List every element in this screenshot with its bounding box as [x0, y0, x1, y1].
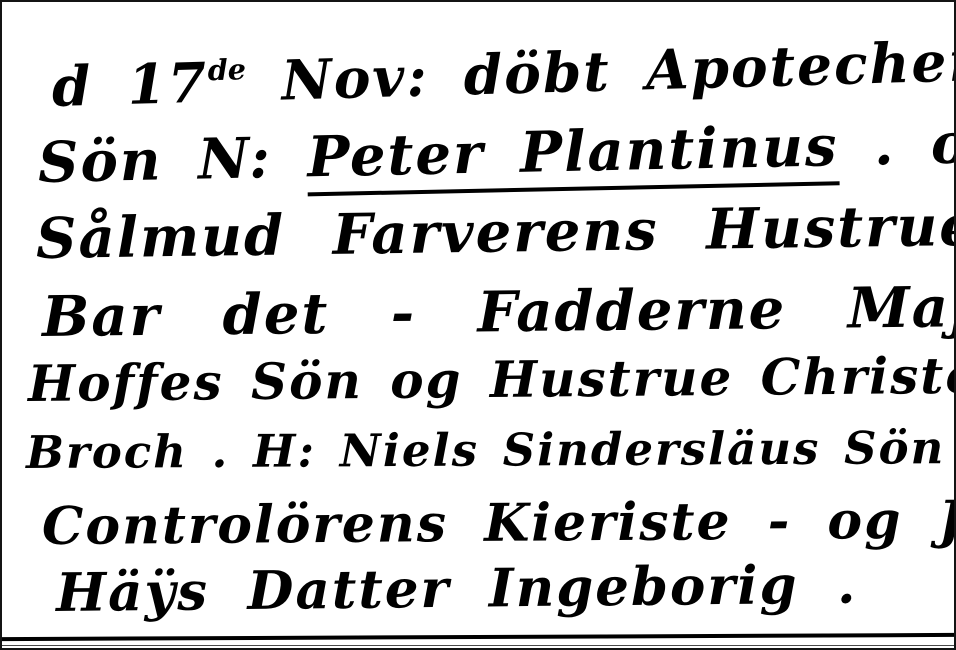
- line1-text: d 17: [51, 50, 209, 119]
- manuscript-line-2: Sön N: Peter Plantinus . og: [37, 110, 956, 196]
- manuscript-line-1: d 17de Nov: döbt Apotecherens: [51, 25, 956, 119]
- manuscript-page: d 17de Nov: döbt Apotecherens Sön N: Pet…: [0, 0, 956, 650]
- manuscript-line-4: Bar det - Fadderne Major: [42, 274, 956, 350]
- line1-superscript-ordinal: de: [207, 52, 246, 87]
- line6-text: Broch . H: Niels Sindersläus Sön Rasmus: [26, 420, 956, 479]
- line8-text: Häÿs Datter Ingeborig .: [56, 554, 858, 624]
- line5-text: Hoffes Sön og Hustrue Christopher: [28, 344, 956, 413]
- line7-text: Controlörens Kieriste - og Jens: [42, 489, 956, 557]
- manuscript-line-7: Controlörens Kieriste - og Jens: [42, 489, 956, 557]
- line3-text: Sålmud Farverens Hustrue: [36, 193, 956, 272]
- scan-edge-line: [2, 645, 956, 646]
- manuscript-line-5: Hoffes Sön og Hustrue Christopher: [28, 344, 956, 413]
- manuscript-line-8: Häÿs Datter Ingeborig .: [56, 554, 858, 624]
- line1-text-cont: Nov: döbt Apotecherens: [245, 25, 956, 114]
- line2-text: Sön N:: [37, 124, 308, 196]
- page-edge-line: [0, 633, 956, 641]
- manuscript-line-6: Broch . H: Niels Sindersläus Sön Rasmus: [26, 420, 956, 479]
- line2-underlined-name: Peter Plantinus: [307, 113, 840, 196]
- line2-text-cont: . og: [838, 110, 956, 180]
- manuscript-line-3: Sålmud Farverens Hustrue: [36, 193, 956, 272]
- line4-text: Bar det - Fadderne Major: [42, 274, 956, 350]
